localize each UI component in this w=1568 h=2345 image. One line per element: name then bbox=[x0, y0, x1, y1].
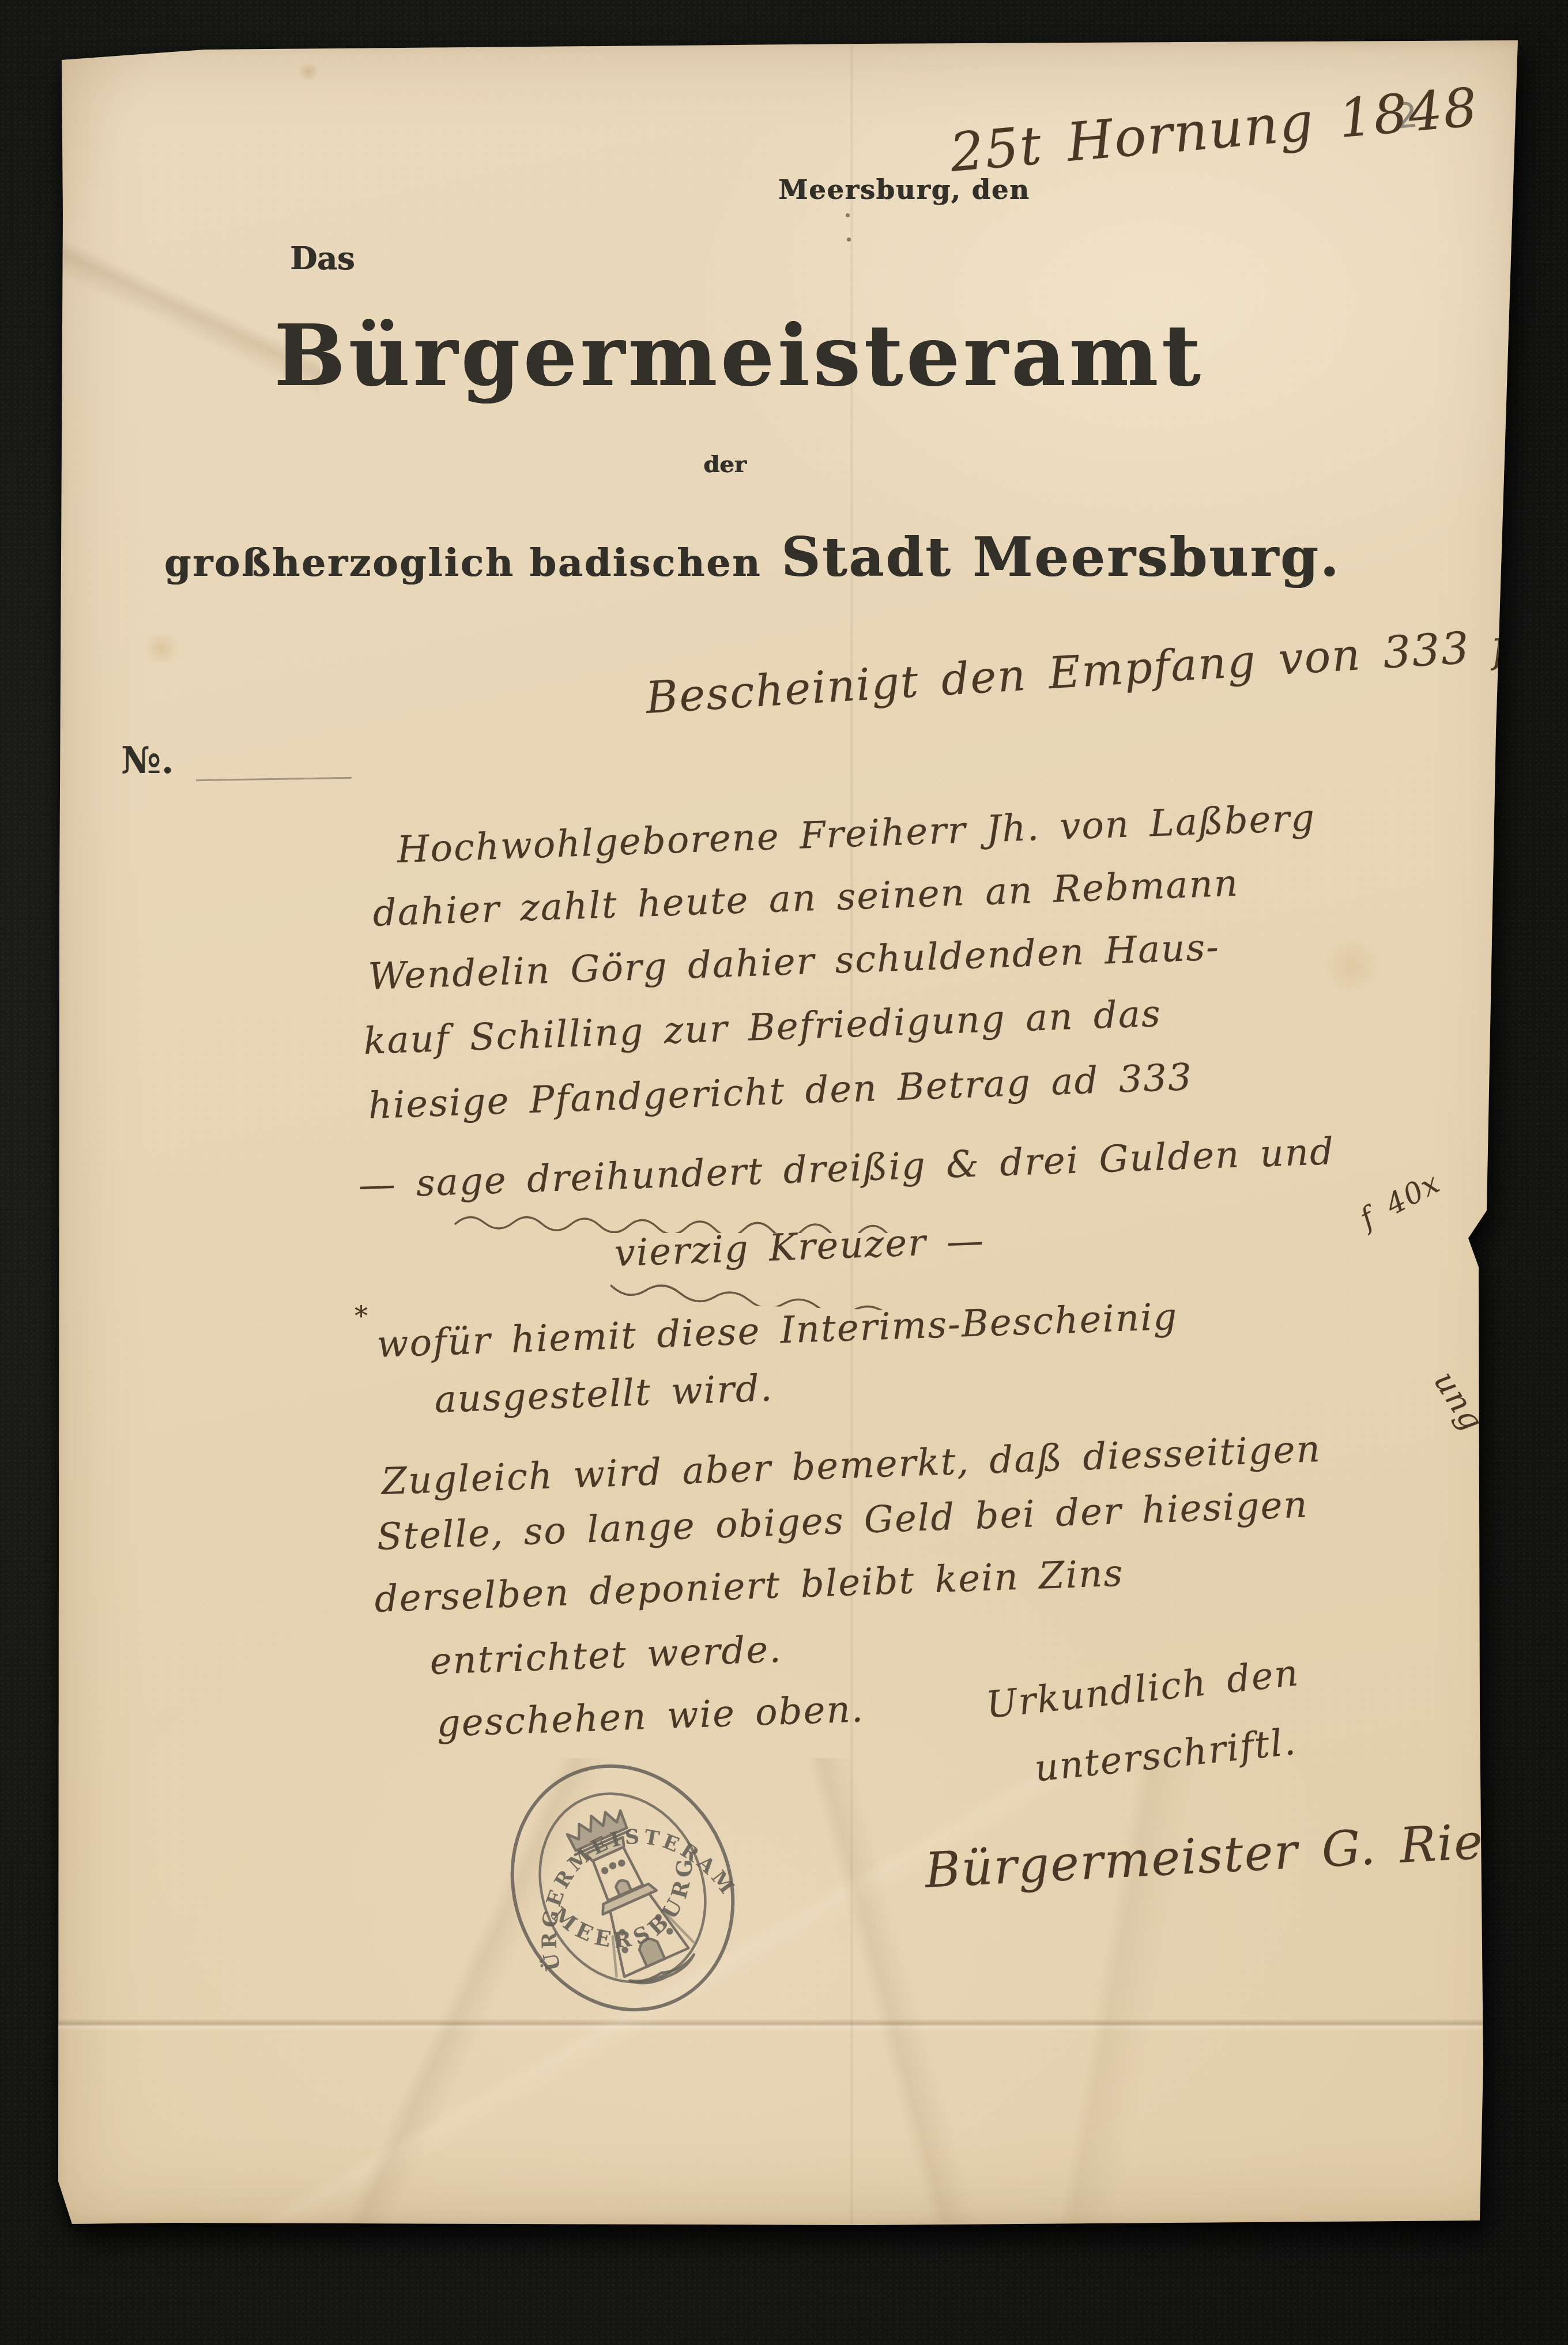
handwritten-line: Hochwohlgeborene Freiherr Jh. von Laßber… bbox=[396, 797, 1316, 872]
handwritten-line: entrichtet werde. bbox=[429, 1628, 782, 1683]
handwritten-wrap-syllable: ung bbox=[1427, 1365, 1491, 1438]
printed-office-title: Bürgermeisteramt bbox=[274, 307, 1046, 405]
closing-line-right: Urkundlich den bbox=[984, 1652, 1301, 1727]
handwritten-sum-line: — sage dreihundert dreißig & drei Gulden… bbox=[357, 1130, 1335, 1207]
paper-stain bbox=[1317, 940, 1386, 991]
ink-speck bbox=[846, 213, 850, 217]
handwritten-sum-line: vierzig Kreuzer — bbox=[613, 1220, 985, 1275]
paper-stain bbox=[297, 63, 320, 81]
handwritten-opening-line: Bescheinigt den Empfang von 333 f 40 x. bbox=[644, 610, 1568, 723]
subtitle-prefix: großherzoglich badischen bbox=[164, 540, 762, 585]
handwritten-date: 25t Hornung 1848 bbox=[948, 76, 1481, 184]
handwritten-line: kauf Schilling zur Befriedigung an das bbox=[363, 993, 1162, 1063]
handwritten-line: derselben deponiert bleibt kein Zins bbox=[374, 1552, 1124, 1621]
paper-shadow: 2 Meersburg, den 25t Hornung 1848 Das Bü… bbox=[0, 0, 1568, 2345]
photo-scene: 2 Meersburg, den 25t Hornung 1848 Das Bü… bbox=[0, 0, 1568, 2345]
signature: Bürgermeister G. Riedling bbox=[924, 1807, 1568, 1899]
handwritten-line: wofür hiemit diese Interims-Bescheinig bbox=[376, 1296, 1178, 1366]
paper-stain bbox=[141, 634, 182, 663]
ink-speck bbox=[847, 237, 851, 242]
handwritten-line: hiesige Pfandgericht den Betrag ad 333 bbox=[367, 1056, 1193, 1128]
handwritten-amount-fraction: f 40x bbox=[1355, 1166, 1446, 1235]
subtitle-city: Stadt Meersburg. bbox=[781, 526, 1340, 589]
handwritten-margin-mark: * bbox=[355, 1300, 369, 1332]
handwritten-line: Wendelin Görg dahier schuldenden Haus- bbox=[367, 926, 1220, 998]
horizontal-fold-crease bbox=[55, 2019, 1522, 2031]
printed-der: der bbox=[703, 451, 747, 478]
official-stamp-seal: BÜRGERMEISTERAMT MEERSBURG bbox=[463, 1720, 782, 2056]
handwritten-line: ausgestellt wird. bbox=[434, 1367, 774, 1422]
printed-article-das: Das bbox=[290, 240, 355, 277]
closing-line-right: unterschriftl. bbox=[1032, 1721, 1298, 1790]
number-label: №. bbox=[121, 739, 174, 782]
printed-subtitle: großherzoglich badischen Stadt Meersburg… bbox=[274, 526, 1231, 589]
document-paper: 2 Meersburg, den 25t Hornung 1848 Das Bü… bbox=[55, 40, 1522, 2225]
handwritten-line: dahier zahlt heute an seinen an Rebmann bbox=[372, 862, 1239, 935]
number-blank-line bbox=[196, 777, 352, 782]
